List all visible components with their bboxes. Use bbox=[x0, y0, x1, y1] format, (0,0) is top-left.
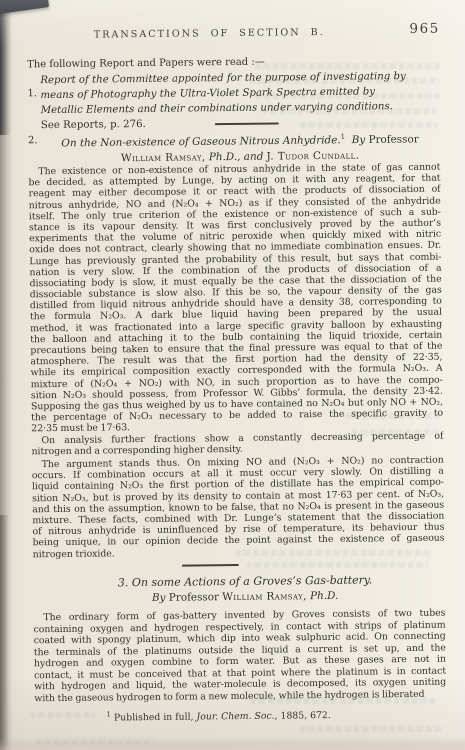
degree: Ph.D. bbox=[310, 590, 338, 602]
report-title-lines: Report of the Committee appointed for th… bbox=[40, 69, 438, 119]
running-title: TRANSACTIONS OF SECTION B. bbox=[27, 26, 392, 41]
footnote-journal: Jour. Chem. Soc., bbox=[196, 711, 277, 723]
page-bottom-edge bbox=[0, 737, 465, 750]
scanned-book-page: TRANSACTIONS OF SECTION B. 965 The follo… bbox=[0, 0, 465, 750]
by-word: By bbox=[152, 592, 166, 604]
page-content: TRANSACTIONS OF SECTION B. 965 The follo… bbox=[0, 0, 465, 750]
byline-3: By Professor William Ramsay, Ph.D. bbox=[46, 588, 444, 608]
author-ramsay: William Ramsay, bbox=[121, 152, 206, 165]
page-number: 965 bbox=[409, 21, 439, 37]
footnote-reference-mark: 1 bbox=[341, 133, 346, 141]
intro-line: The following Report and Papers were rea… bbox=[27, 55, 439, 71]
footnote-text-before: Published in full, bbox=[111, 712, 197, 724]
paragraph-analysis: On analysis further fractions show a con… bbox=[31, 431, 443, 458]
and-word: and bbox=[244, 151, 264, 163]
paragraph-gas-battery: The ordinary form of gas-battery invente… bbox=[33, 608, 446, 705]
author-cundall: J. Tudor Cundall. bbox=[267, 150, 360, 163]
paper-2-title-text: On the Non-existence of Gaseous Nitrous … bbox=[61, 134, 340, 149]
item-number-2: 2. bbox=[28, 135, 38, 146]
author-ramsay: William Ramsay, bbox=[222, 590, 307, 603]
degree: Ph.D., bbox=[209, 151, 241, 163]
professor-word: Professor bbox=[169, 591, 219, 604]
item-number-1: 1. bbox=[27, 88, 37, 99]
footnote: 1 Published in full, Jour. Chem. Soc., 1… bbox=[106, 708, 330, 724]
paragraph-existence: The existence or non-existence of nitrou… bbox=[28, 162, 443, 435]
section-divider bbox=[182, 564, 239, 566]
paragraph-argument: The argument stands thus. On mixing NO a… bbox=[32, 455, 445, 560]
footnote-text-after: 1885, 672. bbox=[277, 710, 330, 722]
professor-word: Professor bbox=[368, 133, 418, 146]
by-word: By bbox=[352, 134, 366, 146]
